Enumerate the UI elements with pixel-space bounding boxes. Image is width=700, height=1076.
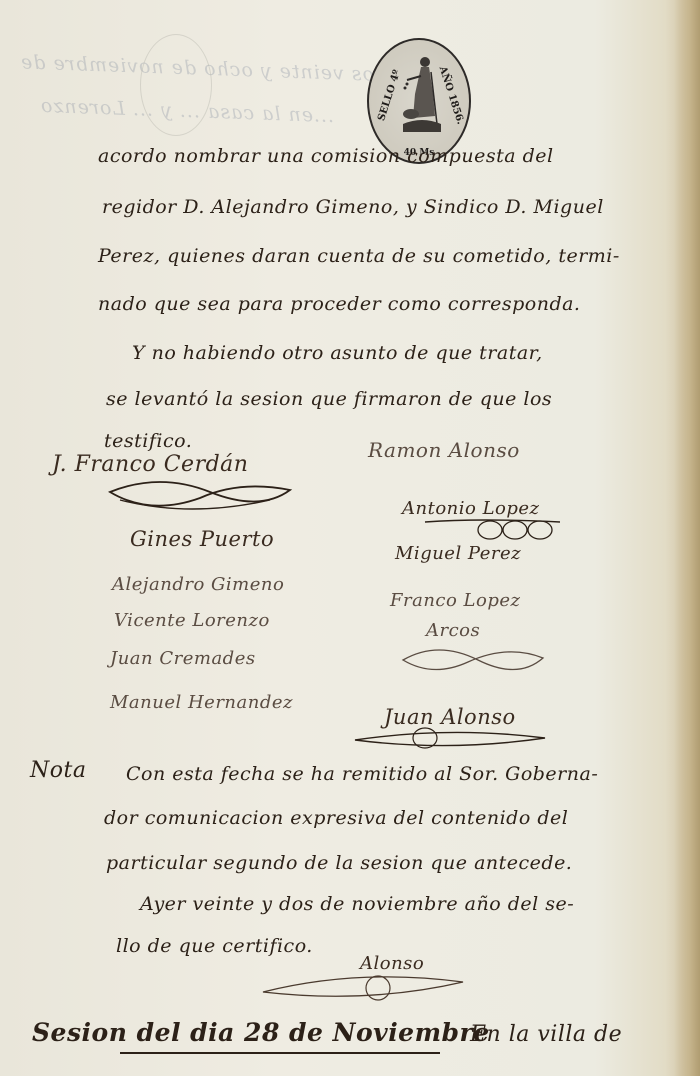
body-line-4: nado que sea para proceder como correspo… — [98, 293, 580, 315]
signature-alejandro-gimeno: Alejandro Gimeno — [112, 574, 284, 595]
signature-juan-cremades: Juan Cremades — [110, 648, 256, 669]
nota-line-2: dor comunicacion expresiva del contenido… — [104, 807, 568, 829]
manuscript-page: ...los veinte y ocho de noviembre de ...… — [0, 0, 700, 1076]
page-edge — [674, 0, 700, 1076]
signature-manuel-hernandez: Manuel Hernandez — [110, 692, 293, 713]
rubric-flourish-icon — [420, 510, 570, 545]
signature-ramon-alonso: Ramon Alonso — [368, 438, 520, 462]
body-line-5: Y no habiendo otro asunto de que tratar, — [132, 342, 543, 364]
signature-gines-puerto: Gines Puerto — [130, 527, 274, 551]
rubric-flourish-icon — [398, 640, 548, 680]
rubric-flourish-icon — [258, 968, 468, 1008]
nota-line-1: Con esta fecha se ha remitido al Sor. Go… — [126, 763, 598, 785]
allegorical-figure-icon — [401, 54, 443, 136]
signature-arcos: Arcos — [426, 620, 480, 641]
body-line-6: se levantó la sesion que firmaron de que… — [106, 388, 552, 410]
next-session-heading: Sesion del dia 28 de Noviembre — [32, 1018, 490, 1047]
body-line-7: testifico. — [104, 430, 192, 452]
rubric-flourish-icon — [100, 470, 300, 520]
nota-line-3: particular segundo de la sesion que ante… — [106, 852, 572, 874]
signature-vicente-lorenzo: Vicente Lorenzo — [114, 610, 270, 631]
body-line-1: acordo nombrar una comision compuesta de… — [98, 145, 554, 167]
rubric-flourish-icon — [350, 722, 550, 757]
body-line-3: Perez, quienes daran cuenta de su cometi… — [98, 245, 620, 267]
signature-franco-lopez: Franco Lopez — [390, 590, 521, 611]
signature-miguel-perez: Miguel Perez — [395, 543, 521, 564]
certification-line-1: Ayer veinte y dos de noviembre año del s… — [140, 893, 574, 915]
stamp-sello-text: SELLO 4º — [376, 69, 403, 123]
next-session-continuation: En la villa de — [470, 1022, 622, 1047]
body-line-2: regidor D. Alejandro Gimeno, y Sindico D… — [102, 196, 604, 218]
nota-margin-label: Nota — [30, 758, 86, 783]
heading-underline — [120, 1052, 440, 1054]
certification-line-2: llo de que certifico. — [116, 935, 313, 957]
embossed-seal — [140, 34, 212, 136]
